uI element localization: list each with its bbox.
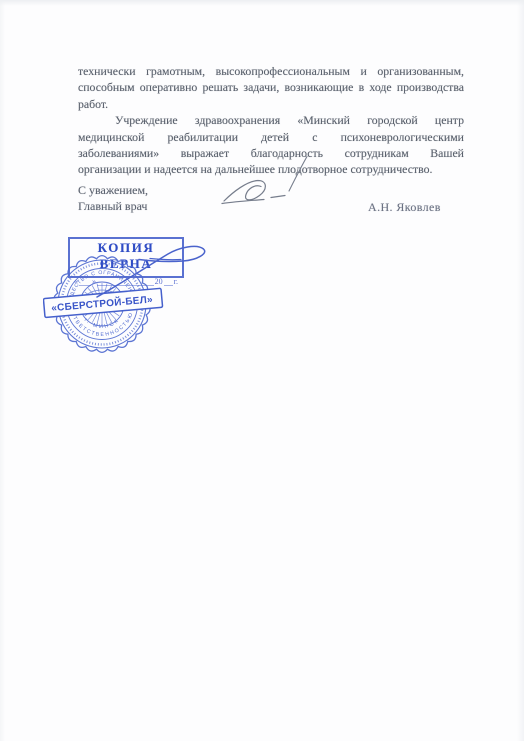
paragraph-1-line-3: работ. (78, 96, 464, 112)
copy-stamp-title: КОПИЯ ВЕРНА (70, 240, 182, 272)
paragraph-1: технически грамотным, высокопрофессионал… (78, 63, 464, 112)
svg-text:г. МИНСК: г. МИНСК (83, 317, 121, 330)
seal-ring-bottom-text: ОТВЕТСТВЕННОСТЬЮ (69, 311, 135, 338)
closing-block: С уважением, Главный врач (78, 182, 148, 214)
svg-text:ОТВЕТСТВЕННОСТЬЮ: ОТВЕТСТВЕННОСТЬЮ (69, 311, 135, 338)
date-blank-year (164, 276, 173, 286)
date-blank-month (97, 276, 154, 286)
paragraph-2-line-1: Учреждение здравоохранения «Минский горо… (78, 112, 464, 128)
copy-stamp-date-line: « » 20 г. (70, 275, 182, 286)
date-blank-day (79, 276, 91, 286)
date-year-prefix: 20 (154, 277, 164, 286)
signer-name: А.Н. Яковлев (368, 200, 441, 215)
copy-stamp: КОПИЯ ВЕРНА « » 20 г. (68, 237, 184, 278)
paragraph-2-line-4: организации и надеется на дальнейшее пло… (78, 161, 464, 177)
seal-banner-text: «СБЕРСТРОЙ-БЕЛ» (51, 292, 154, 314)
seal-banner: «СБЕРСТРОЙ-БЕЛ» (43, 288, 162, 317)
paragraph-1-line-1: технически грамотным, высокопрофессионал… (78, 63, 464, 79)
seal-sunburst-rays (81, 283, 123, 325)
paragraph-2: Учреждение здравоохранения «Минский горо… (78, 112, 464, 178)
scanned-letter-page: технически грамотным, высокопрофессионал… (0, 0, 524, 741)
letter-text-block: технически грамотным, высокопрофессионал… (78, 63, 464, 178)
date-year-suffix: г. (173, 277, 179, 286)
paragraph-1-line-2: способным оперативно решать задачи, возн… (78, 79, 464, 95)
paragraph-2-line-2: медицинской реабилитации детей с психоне… (78, 129, 464, 145)
signature-stroke (222, 181, 285, 204)
closing-regards: С уважением, (78, 182, 148, 198)
paragraph-2-line-3: заболеваниями» выражает благодарность со… (78, 145, 464, 161)
closing-position: Главный врач (78, 198, 148, 214)
seal-city-text: г. МИНСК (83, 317, 121, 330)
